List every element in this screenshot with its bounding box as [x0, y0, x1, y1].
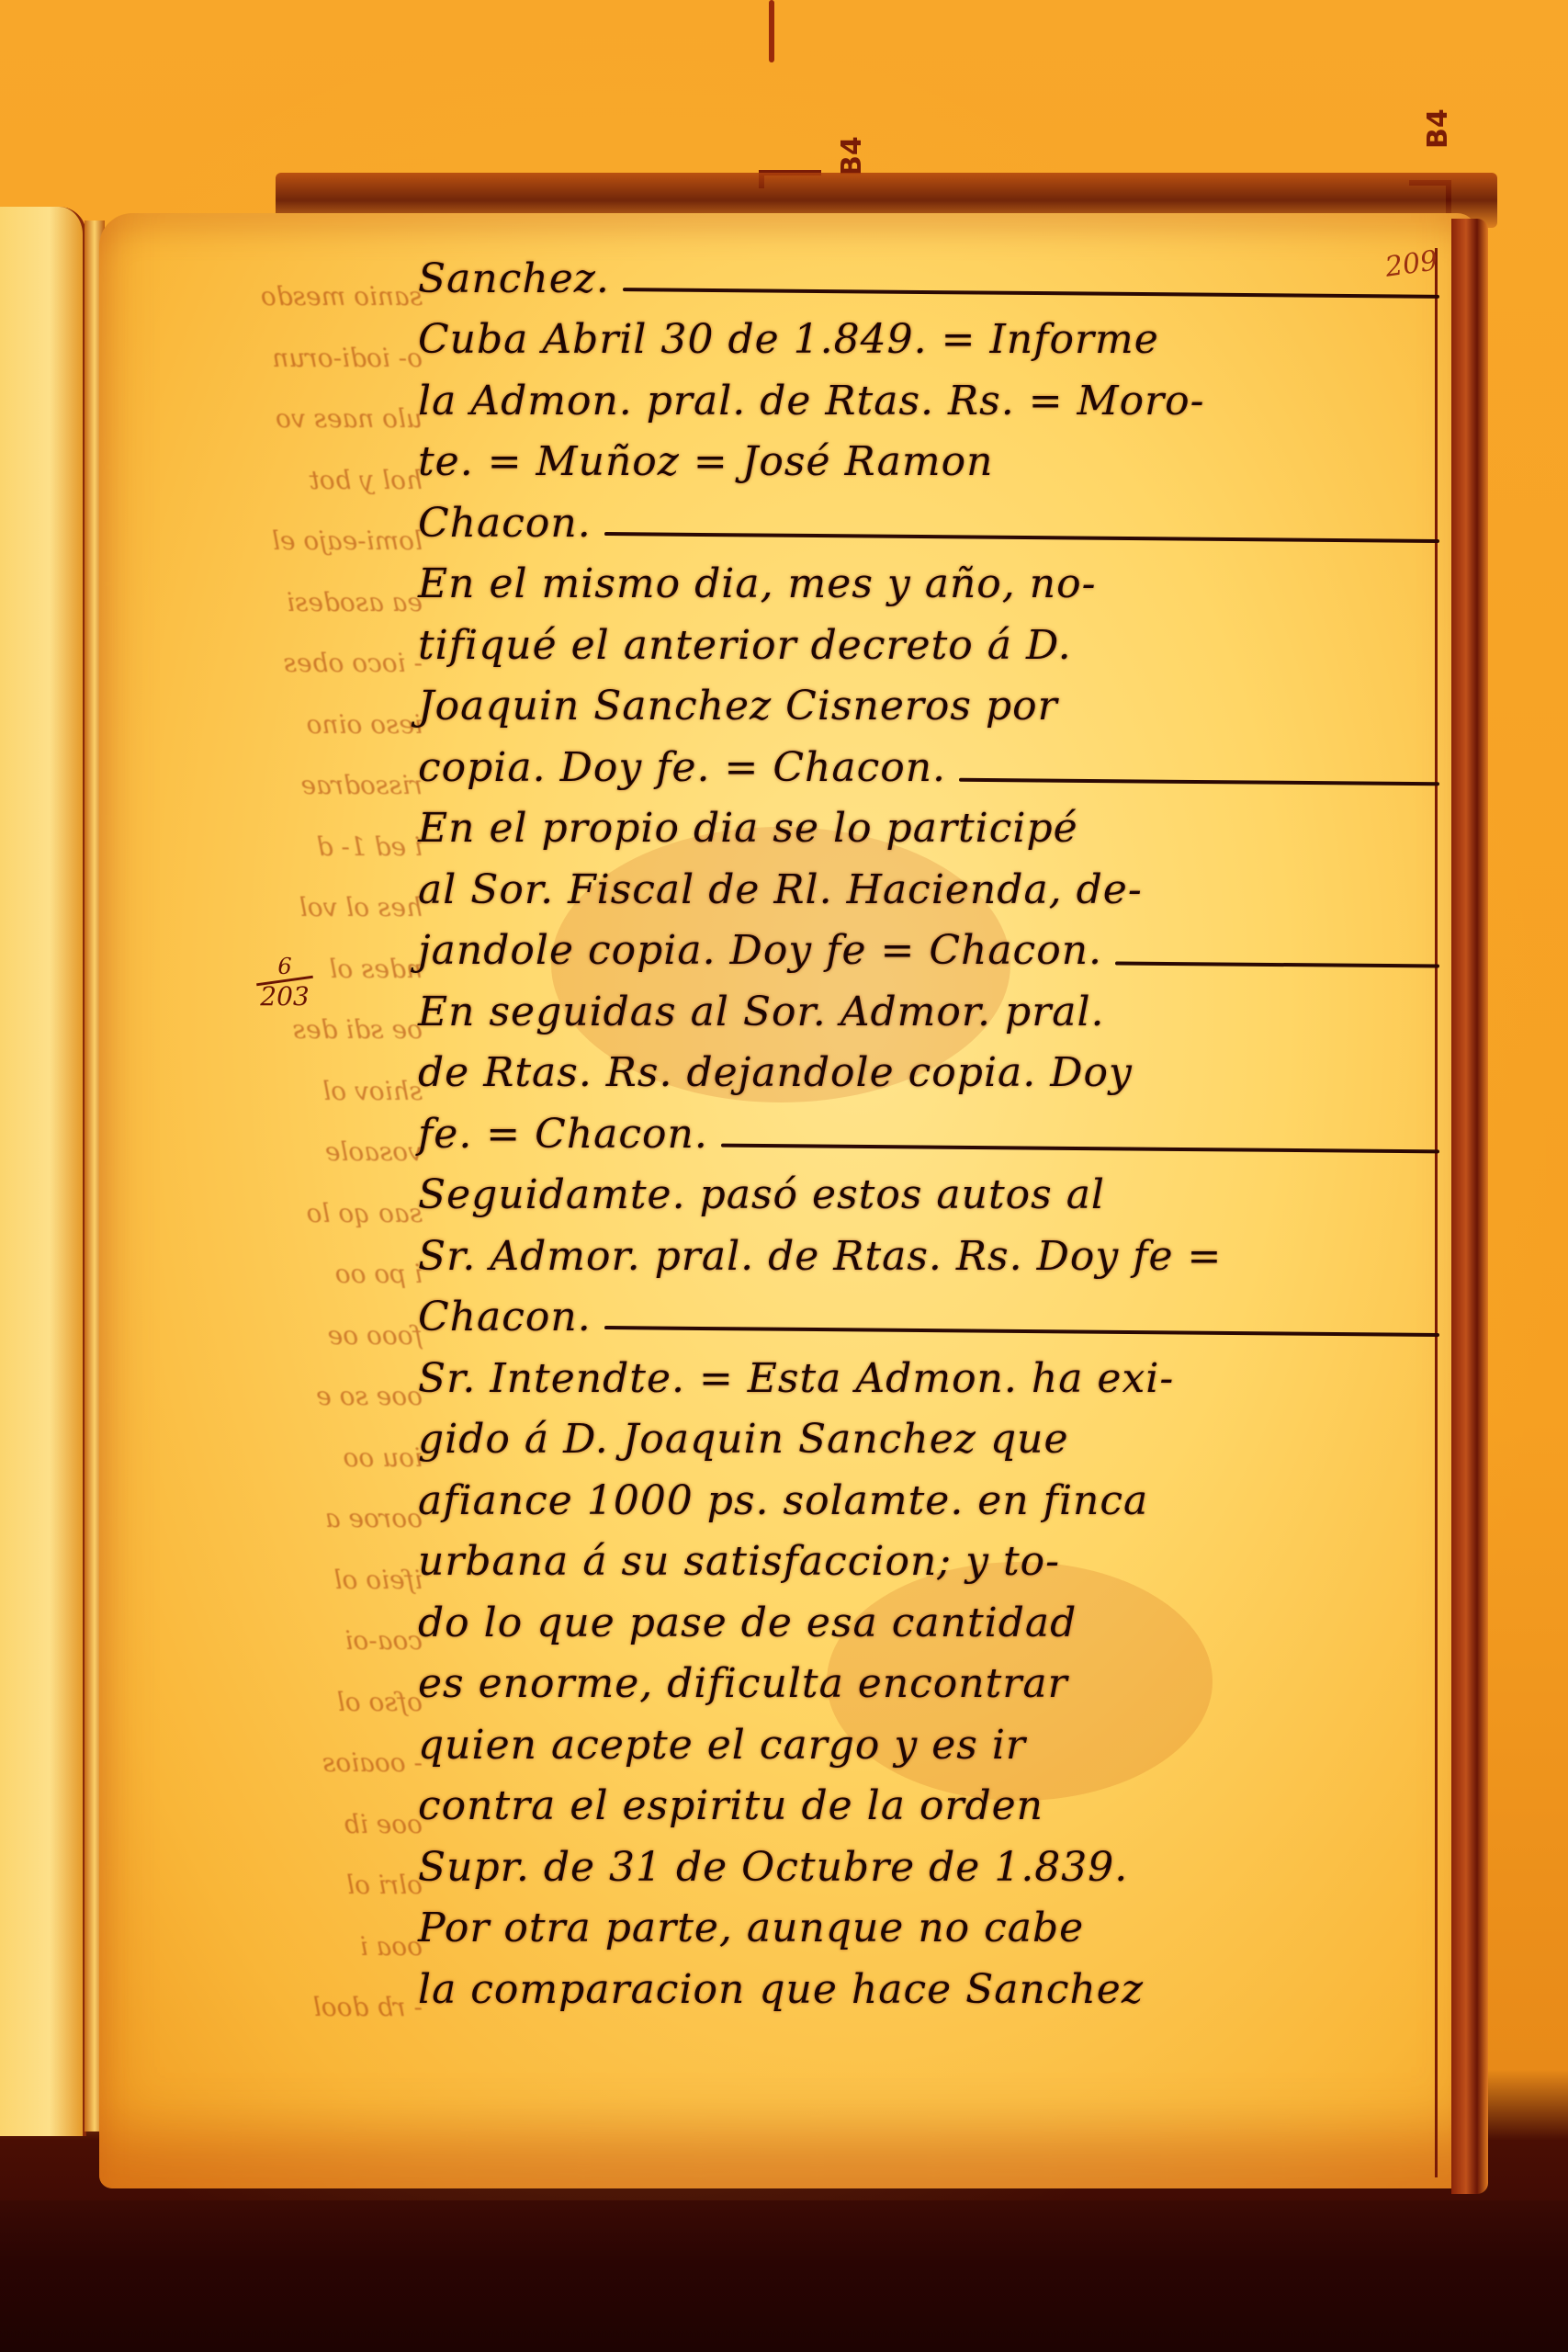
text-line: contra el espiritu de la orden — [418, 1774, 1447, 1836]
text-line: Por otra parte, aunque no cabe — [418, 1896, 1447, 1958]
manuscript-text: Sanchez. Cuba Abril 30 de 1.849. = Infor… — [418, 246, 1447, 2018]
line-rule — [1115, 961, 1439, 967]
text-line: jandole copia. Doy fe = Chacon. — [418, 919, 1447, 980]
line-rule — [721, 1143, 1439, 1153]
text-line: quien acepte el cargo y es ir — [418, 1713, 1447, 1774]
text-line: Joaquin Sanchez Cisneros por — [418, 674, 1447, 736]
text-line: tifiqué el anterior decreto á D. — [418, 613, 1447, 674]
margin-folio-note: 6 203 — [253, 955, 317, 1010]
frame-marker-left: B4 — [836, 136, 868, 176]
text-line: En el propio dia se lo participé — [418, 797, 1447, 858]
page-stack-edge — [1451, 219, 1488, 2194]
text-line: gido á D. Joaquin Sanchez que — [418, 1408, 1447, 1469]
text-line: es enorme, dificulta encontrar — [418, 1652, 1447, 1713]
margin-note-top: 6 — [253, 955, 317, 978]
text-line: te. = Muñoz = José Ramon — [418, 430, 1447, 492]
text-line: Sr. Intendte. = Esta Admon. ha exi- — [418, 1346, 1447, 1408]
text-line: Chacon. — [418, 491, 1447, 552]
text-line: Seguidamte. pasó estos autos al — [418, 1163, 1447, 1225]
text-line: do lo que pase de esa cantidad — [418, 1590, 1447, 1652]
text-line: En el mismo dia, mes y año, no- — [418, 552, 1447, 614]
line-rule — [623, 288, 1439, 299]
line-rule — [604, 532, 1439, 543]
text-line: Sanchez. — [418, 246, 1447, 308]
text-line: Cuba Abril 30 de 1.849. = Informe — [418, 308, 1447, 369]
text-line: En seguidas al Sor. Admor. pral. — [418, 979, 1447, 1041]
line-rule — [604, 1326, 1439, 1337]
text-line: la comparacion que hace Sanchez — [418, 1957, 1447, 2018]
left-page-edge — [0, 207, 86, 2136]
film-tick-mark — [769, 0, 774, 62]
text-line: la Admon. pral. de Rtas. Rs. = Moro- — [418, 368, 1447, 430]
text-line: Sr. Admor. pral. de Rtas. Rs. Doy fe = — [418, 1224, 1447, 1285]
text-line: de Rtas. Rs. dejandole copia. Doy — [418, 1041, 1447, 1102]
bottom-shadow-area — [0, 2200, 1568, 2352]
text-line: Chacon. — [418, 1285, 1447, 1347]
text-line: afiance 1000 ps. solamte. en finca — [418, 1468, 1447, 1530]
frame-marker-right: B4 — [1422, 108, 1454, 149]
text-line: al Sor. Fiscal de Rl. Hacienda, de- — [418, 857, 1447, 919]
text-line: urbana á su satisfaccion; y to- — [418, 1530, 1447, 1591]
text-line: fe. = Chacon. — [418, 1102, 1447, 1163]
bleed-through-text: sanio mesdoo- iodi-orunulo naes vohol y … — [147, 266, 423, 2039]
text-line: copia. Doy fe. = Chacon. — [418, 735, 1447, 797]
text-line: Supr. de 31 de Octubre de 1.839. — [418, 1835, 1447, 1896]
line-rule — [959, 777, 1439, 786]
margin-note-bottom: 203 — [253, 984, 317, 1010]
